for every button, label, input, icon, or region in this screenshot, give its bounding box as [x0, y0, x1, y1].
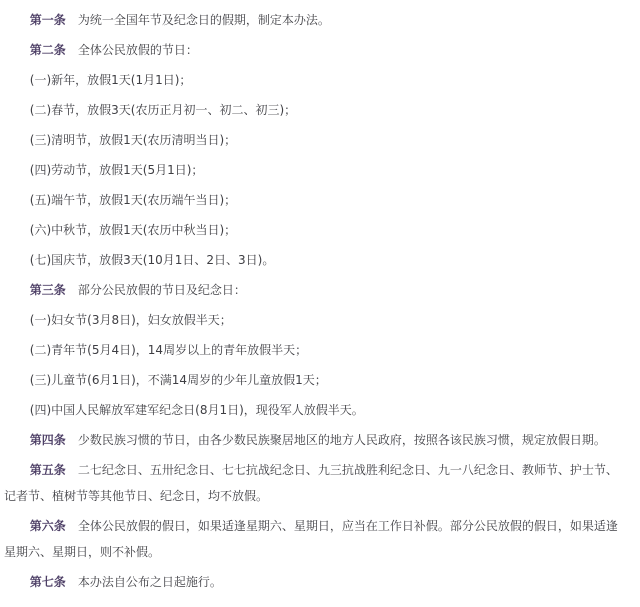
law-paragraph: 第五条二七纪念日、五卅纪念日、七七抗战纪念日、九三抗战胜利纪念日、九一八纪念日、…: [4, 457, 618, 509]
paragraph-text: (三)清明节，放假1天(农历清明当日)；: [30, 133, 236, 147]
law-paragraph: 第六条全体公民放假的假日，如果适逢星期六、星期日，应当在工作日补假。部分公民放假…: [4, 513, 618, 565]
paragraph-text: 全体公民放假的节日：: [78, 43, 198, 57]
law-paragraph: (七)国庆节，放假3天(10月1日、2日、3日)。: [4, 247, 618, 273]
law-paragraph: (二)青年节(5月4日)，14周岁以上的青年放假半天；: [4, 337, 618, 363]
paragraph-text: 部分公民放假的节日及纪念日：: [78, 283, 246, 297]
paragraph-text: 二七纪念日、五卅纪念日、七七抗战纪念日、九三抗战胜利纪念日、九一八纪念日、教师节…: [4, 463, 618, 503]
law-paragraph: (六)中秋节，放假1天(农历中秋当日)；: [4, 217, 618, 243]
paragraph-text: 本办法自公布之日起施行。: [78, 575, 222, 589]
law-paragraph: (四)中国人民解放军建军纪念日(8月1日)，现役军人放假半天。: [4, 397, 618, 423]
article-number-label: 第五条: [30, 463, 66, 477]
law-paragraph: (一)妇女节(3月8日)，妇女放假半天；: [4, 307, 618, 333]
law-paragraph: 第七条本办法自公布之日起施行。: [4, 569, 618, 595]
paragraph-text: (二)青年节(5月4日)，14周岁以上的青年放假半天；: [30, 343, 307, 357]
law-paragraph: (四)劳动节，放假1天(5月1日)；: [4, 157, 618, 183]
article-number-label: 第四条: [30, 433, 66, 447]
paragraph-text: (七)国庆节，放假3天(10月1日、2日、3日)。: [30, 253, 275, 267]
law-paragraph: 第二条全体公民放假的节日：: [4, 37, 618, 63]
law-paragraph: (五)端午节，放假1天(农历端午当日)；: [4, 187, 618, 213]
law-paragraph: (三)儿童节(6月1日)，不满14周岁的少年儿童放假1天；: [4, 367, 618, 393]
paragraph-text: (五)端午节，放假1天(农历端午当日)；: [30, 193, 236, 207]
law-paragraph: 第四条少数民族习惯的节日，由各少数民族聚居地区的地方人民政府，按照各该民族习惯，…: [4, 427, 618, 453]
law-paragraph: 第三条部分公民放假的节日及纪念日：: [4, 277, 618, 303]
article-number-label: 第六条: [30, 519, 66, 533]
article-number-label: 第七条: [30, 575, 66, 589]
paragraph-text: (三)儿童节(6月1日)，不满14周岁的少年儿童放假1天；: [30, 373, 327, 387]
paragraph-text: (四)中国人民解放军建军纪念日(8月1日)，现役军人放假半天。: [30, 403, 364, 417]
paragraph-text: (六)中秋节，放假1天(农历中秋当日)；: [30, 223, 236, 237]
paragraph-text: 少数民族习惯的节日，由各少数民族聚居地区的地方人民政府，按照各该民族习惯，规定放…: [78, 433, 606, 447]
article-number-label: 第一条: [30, 13, 66, 27]
paragraph-text: 全体公民放假的假日，如果适逢星期六、星期日，应当在工作日补假。部分公民放假的假日…: [4, 519, 618, 559]
paragraph-text: 为统一全国年节及纪念日的假期，制定本办法。: [78, 13, 330, 27]
law-paragraph: (一)新年，放假1天(1月1日)；: [4, 67, 618, 93]
paragraph-list: 第一条为统一全国年节及纪念日的假期，制定本办法。 第二条全体公民放假的节日： (…: [4, 7, 618, 595]
paragraph-text: (一)新年，放假1天(1月1日)；: [30, 73, 192, 87]
paragraph-text: (四)劳动节，放假1天(5月1日)；: [30, 163, 204, 177]
law-paragraph: (二)春节，放假3天(农历正月初一、初二、初三)；: [4, 97, 618, 123]
law-paragraph: 第一条为统一全国年节及纪念日的假期，制定本办法。: [4, 7, 618, 33]
article-number-label: 第二条: [30, 43, 66, 57]
law-document: 第一条为统一全国年节及纪念日的假期，制定本办法。 第二条全体公民放假的节日： (…: [0, 0, 640, 607]
paragraph-text: (一)妇女节(3月8日)，妇女放假半天；: [30, 313, 232, 327]
paragraph-text: (二)春节，放假3天(农历正月初一、初二、初三)；: [30, 103, 296, 117]
law-paragraph: (三)清明节，放假1天(农历清明当日)；: [4, 127, 618, 153]
article-number-label: 第三条: [30, 283, 66, 297]
